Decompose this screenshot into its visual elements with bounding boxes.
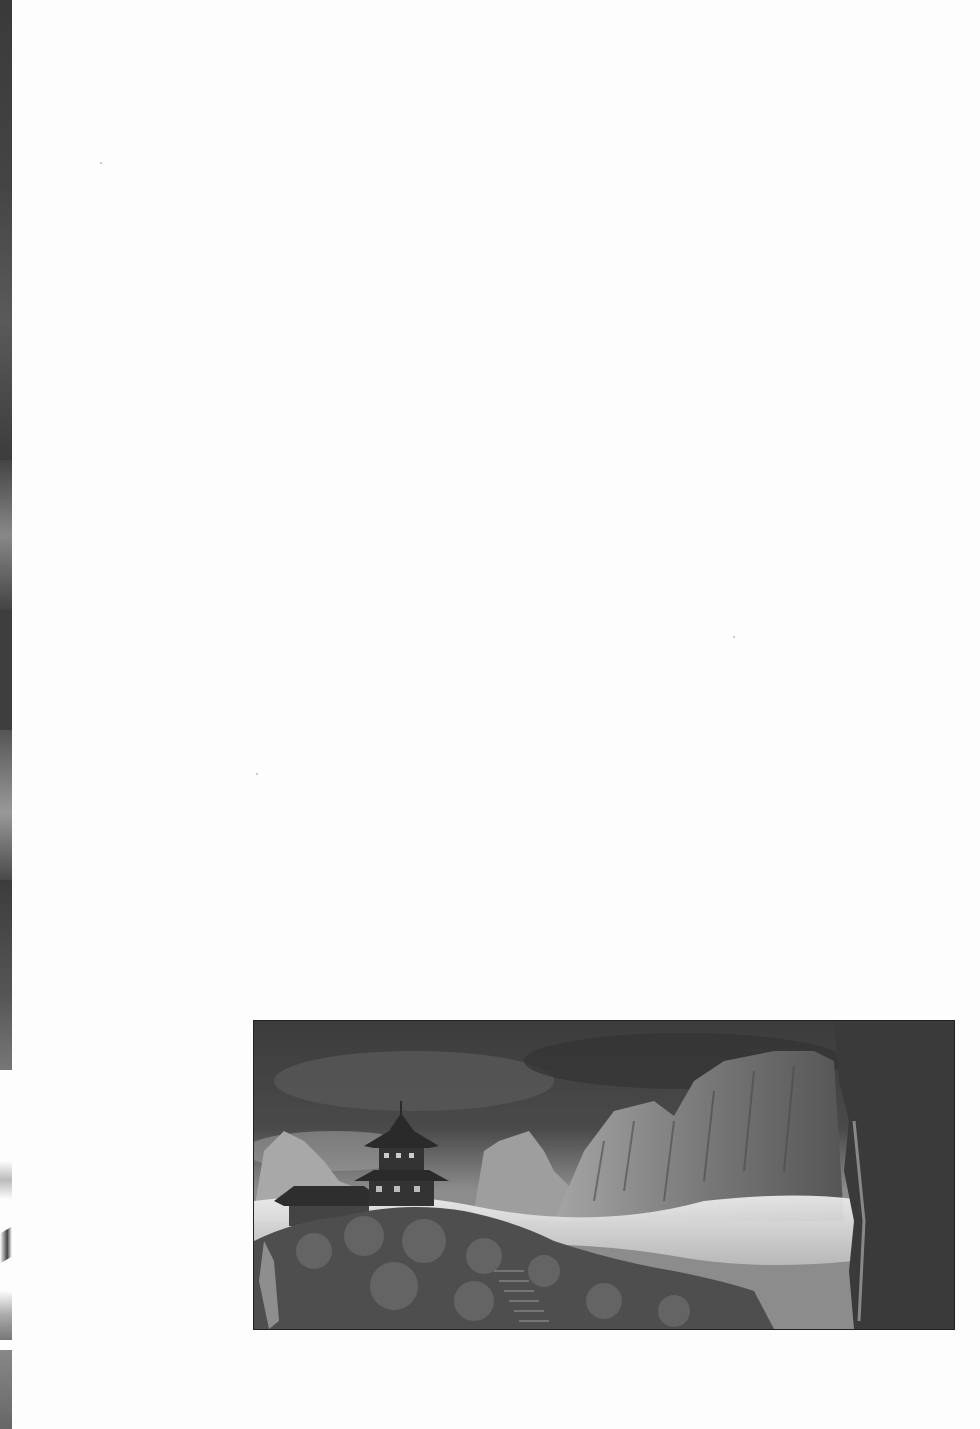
adjacent-page-edge [0,0,12,1429]
scan-speck [100,162,102,164]
landscape-illustration [254,1021,954,1329]
landscape-panel [253,1020,955,1330]
page-edge-segment [0,1290,12,1340]
page-edge-segment [0,460,12,610]
scan-speck [733,636,735,638]
page-edge-segment [0,730,12,880]
right-cliff [834,1021,954,1329]
page-edge-segment [0,1160,12,1200]
page-edge-segment [0,0,12,460]
temple-roof [274,1186,384,1206]
page-edge-segment [0,880,12,1070]
cloud [274,1051,554,1111]
page-edge-segment [0,1350,12,1429]
page-edge-segment [0,1227,12,1264]
page-edge-segment [0,610,12,730]
scan-speck [256,773,258,775]
